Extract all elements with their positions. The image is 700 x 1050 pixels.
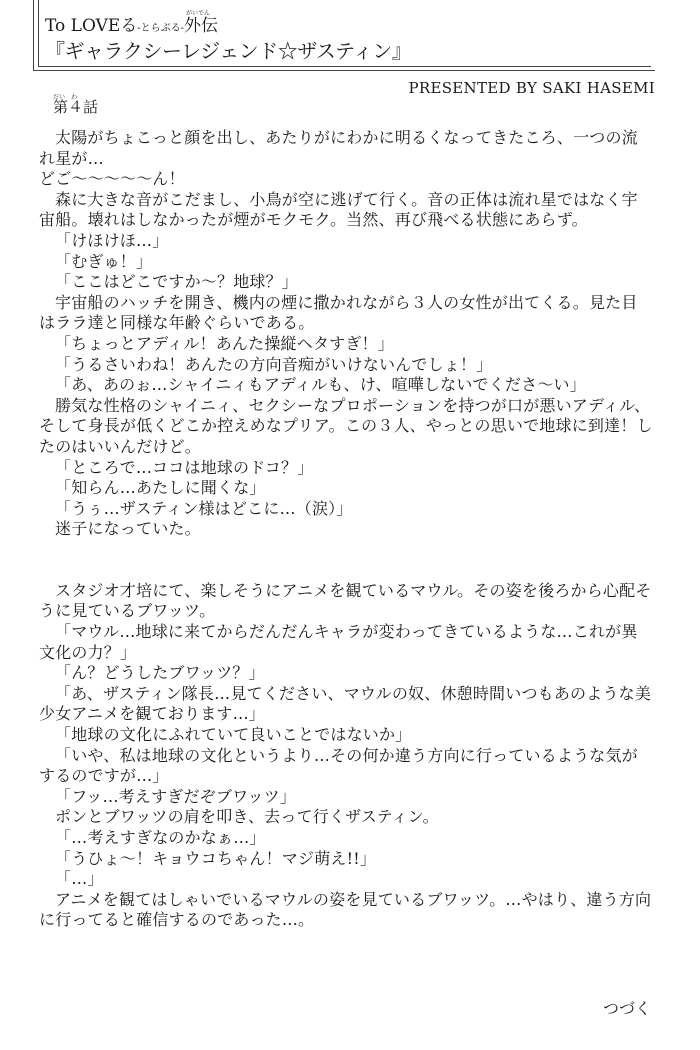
story-paragraph: 勝気な性格のシャイニィ、セクシーなプロポーションを持つが口が悪いアディル、そして…: [39, 396, 653, 458]
story-paragraph: 「むぎゅ！」: [39, 252, 653, 273]
story-paragraph: 「あ、ザスティン隊長…見てください、マウルの奴、休憩時間いつもあのような美少女ア…: [39, 684, 653, 725]
story-paragraph: 「知らん…あたしに聞くな」: [39, 478, 653, 499]
story-paragraph: 「ところで…ココは地球のドコ？」: [39, 458, 653, 479]
story-paragraph: 太陽がちょこっと顔を出し、あたりがにわかに明るくなってきたころ、一つの流れ星が…: [39, 128, 653, 169]
story-paragraph: 「ここはどこですか～？地球？」: [39, 272, 653, 293]
series-reading: -とらぶる-: [137, 23, 184, 34]
episode-ruby: だい わ: [53, 92, 77, 101]
story-paragraph: 「うひょ～！キョウコちゃん！マジ萌え!!」: [39, 849, 653, 870]
story-body: 太陽がちょこっと顔を出し、あたりがにわかに明るくなってきたころ、一つの流れ星が……: [39, 128, 653, 931]
series-suffix-ruby: がいでん: [186, 11, 210, 17]
story-paragraph: 森に大きな音がこだまし、小鳥が空に逃げて行く。音の正体は流れ星ではなく宇宙船。壊…: [39, 190, 653, 231]
story-paragraph: 「ん？どうしたブワッツ？」: [39, 663, 653, 684]
to-be-continued: つづく: [603, 996, 651, 1019]
title-block: To LOVEる-とらぶる-がいでん外伝 『ギャラクシーレジェンド☆ザスティン』: [45, 18, 411, 61]
story-paragraph: 「フッ…考えすぎだぞブワッツ」: [39, 787, 653, 808]
story-paragraph: 「地球の文化にふれていて良いことではないか」: [39, 725, 653, 746]
story-paragraph: どご～～～～～ん！: [39, 169, 653, 190]
episode-heading: だい わ 第４話: [53, 96, 98, 117]
story-paragraph: スタジオ才培にて、楽しそうにアニメを観ているマウル。その姿を後ろから心配そうに見…: [39, 581, 653, 622]
series-title-line: To LOVEる-とらぶる-がいでん外伝: [45, 18, 411, 38]
author-credit: PRESENTED BY SAKI HASEMI: [409, 79, 656, 97]
story-paragraph: 「うるさいわね！あんたの方向音痴がいけないんでしょ！」: [39, 355, 653, 376]
story-paragraph: アニメを観てはしゃいでいるマウルの姿を見ているブワッツ。…やはり、違う方向に行っ…: [39, 890, 653, 931]
story-paragraph: 「…」: [39, 869, 653, 890]
story-title: 『ギャラクシーレジェンド☆ザスティン』: [45, 41, 411, 61]
story-paragraph: ポンとブワッツの肩を叩き、去って行くザスティン。: [39, 807, 653, 828]
story-paragraph: 宇宙船のハッチを開き、機内の煙に撒かれながら３人の女性が出てくる。見た目はララ達…: [39, 293, 653, 334]
story-paragraph: 迷子になっていた。: [39, 519, 653, 540]
story-paragraph: 「ちょっとアディル！あんた操縦ヘタすぎ！」: [39, 334, 653, 355]
series-title: To LOVEる: [45, 16, 137, 36]
story-paragraph: 「うぅ…ザスティン様はどこに…（涙）」: [39, 499, 653, 520]
story-paragraph: 「いや、私は地球の文化というより…その何か違う方向に行っているような気がするので…: [39, 746, 653, 787]
story-paragraph: 「…考えすぎなのかなぁ…」: [39, 828, 653, 849]
series-suffix: 外伝: [184, 16, 218, 36]
story-paragraph: 「あ、あのぉ…シャイニィもアディルも、け、喧嘩しないでくださ～い」: [39, 375, 653, 396]
story-paragraph: 「けほけほ…」: [39, 231, 653, 252]
series-suffix-wrap: がいでん外伝: [184, 16, 218, 36]
story-paragraph: 「マウル…地球に来てからだんだんキャラが変わってきているような…これが異文化の力…: [39, 622, 653, 663]
